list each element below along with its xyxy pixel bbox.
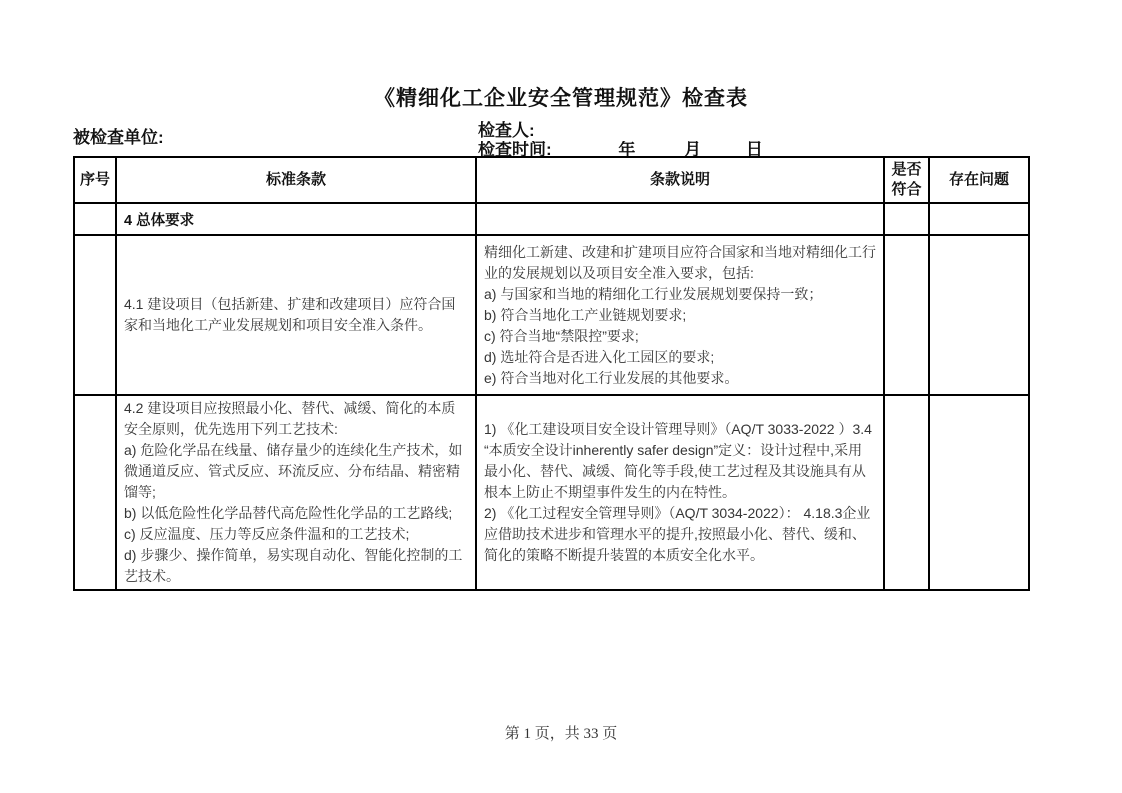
month-label: 月 — [684, 141, 701, 156]
day-label: 日 — [746, 141, 763, 156]
year-label: 年 — [618, 141, 635, 156]
column-header-problems: 存在问题 — [929, 157, 1029, 203]
column-header-no: 序号 — [74, 157, 116, 203]
clause-cell: 4.1 建设项目（包括新建、扩建和改建项目）应符合国家和当地化工产业发展规划和项… — [116, 235, 476, 395]
table-header-row: 序号 标准条款 条款说明 是否符合 存在问题 — [74, 157, 1029, 203]
column-header-clause: 标准条款 — [116, 157, 476, 203]
table-row-4-2: 4.2 建设项目应按照最小化、替代、减缓、简化的本质安全原则，优先选用下列工艺技… — [74, 395, 1029, 590]
table-row-4-1: 4.1 建设项目（包括新建、扩建和改建项目）应符合国家和当地化工产业发展规划和项… — [74, 235, 1029, 395]
column-header-explanation: 条款说明 — [476, 157, 884, 203]
problems-cell — [929, 235, 1029, 395]
explanation-cell: 精细化工新建、改建和扩建项目应符合国家和当地对精细化工行业的发展规划以及项目安全… — [476, 235, 884, 395]
section-title-cell: 4 总体要求 — [116, 203, 476, 235]
document-page: 《精细化工企业安全管理规范》检查表 被检查单位: 检查人: 检查时间: 年 月 … — [0, 0, 1122, 793]
problems-cell — [929, 203, 1029, 235]
checklist-table: 序号 标准条款 条款说明 是否符合 存在问题 4 总体要求 4.1 建设项目（包… — [73, 156, 1030, 591]
compliance-cell — [884, 235, 929, 395]
problems-cell — [929, 395, 1029, 590]
table-row-section: 4 总体要求 — [74, 203, 1029, 235]
column-header-compliance: 是否符合 — [884, 157, 929, 203]
inspection-time-label: 检查时间: — [478, 141, 552, 156]
explanation-cell: 1) 《化工建设项目安全设计管理导则》（AQ/T 3033-2022 ）3.4 … — [476, 395, 884, 590]
page-number: 第 1 页，共 33 页 — [0, 722, 1122, 743]
inspected-unit-label: 被检查单位: — [73, 123, 164, 148]
compliance-cell — [884, 203, 929, 235]
row-no-cell — [74, 235, 116, 395]
inspection-time-line: 检查时间: 年 月 日 — [478, 141, 898, 156]
compliance-cell — [884, 395, 929, 590]
row-no-cell — [74, 395, 116, 590]
row-no-cell — [74, 203, 116, 235]
inspector-label: 检查人: — [478, 116, 535, 141]
explanation-cell — [476, 203, 884, 235]
clause-cell: 4.2 建设项目应按照最小化、替代、减缓、简化的本质安全原则，优先选用下列工艺技… — [116, 395, 476, 590]
page-title: 《精细化工企业安全管理规范》检查表 — [0, 82, 1122, 112]
